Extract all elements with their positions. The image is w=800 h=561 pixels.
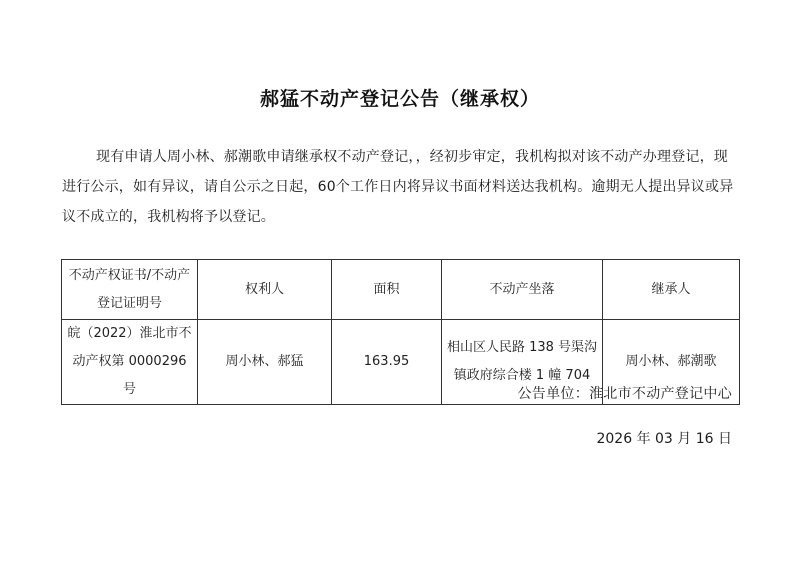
cell-area: 163.95 bbox=[332, 320, 442, 405]
cell-right-holder: 周小林、郝猛 bbox=[198, 320, 332, 405]
notice-title: 郝猛不动产登记公告（继承权） bbox=[0, 84, 800, 111]
cell-certificate-number: 皖（2022）淮北市不动产权第 0000296 号 bbox=[62, 320, 198, 405]
header-right-holder: 权利人 bbox=[198, 260, 332, 320]
header-certificate-number: 不动产权证书/不动产登记证明号 bbox=[62, 260, 198, 320]
header-location: 不动产坐落 bbox=[442, 260, 603, 320]
issuer: 公告单位：淮北市不动产登记中心 bbox=[518, 383, 733, 403]
header-area: 面积 bbox=[332, 260, 442, 320]
header-heir: 继承人 bbox=[603, 260, 740, 320]
notice-date: 2026 年 03 月 16 日 bbox=[596, 428, 732, 448]
notice-paragraph: 现有申请人周小林、郝潮歌申请继承权不动产登记，，经初步审定，我机构拟对该不动产办… bbox=[62, 142, 742, 232]
table-header-row: 不动产权证书/不动产登记证明号 权利人 面积 不动产坐落 继承人 bbox=[62, 260, 740, 320]
